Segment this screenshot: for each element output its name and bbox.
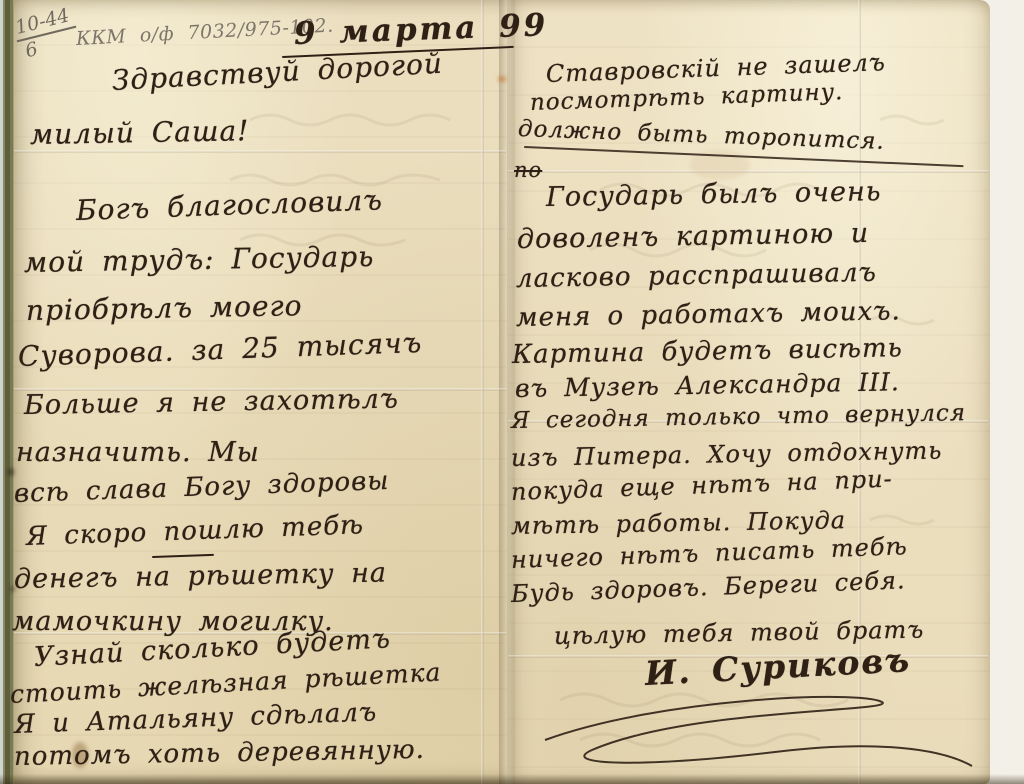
handwritten-line: ласково расспрашивалъ xyxy=(516,258,877,294)
handwritten-line: доволенъ картиною и xyxy=(517,218,870,255)
handwritten-line: денегъ на рѣшетку на xyxy=(14,557,388,595)
signature-flourish xyxy=(530,690,980,780)
handwritten-line: Государь былъ очень xyxy=(546,176,882,213)
handwritten-line: милый Саша! xyxy=(30,114,250,151)
stain xyxy=(498,76,506,82)
fold-crease xyxy=(14,150,506,153)
book-spine-edge xyxy=(0,0,14,784)
handwritten-line: назначить. Мы xyxy=(16,437,260,468)
fold-crease xyxy=(481,0,484,784)
handwritten-line: пріобрѣлъ моего xyxy=(26,289,303,327)
letter-scan: 10-44 6 ККМ о/ф 7032/975-102. 9 марта 99… xyxy=(0,0,1024,784)
center-fold-crease xyxy=(499,0,515,784)
fold-crease xyxy=(508,170,988,173)
scan-bottom-shadow xyxy=(0,774,1024,784)
stain xyxy=(8,468,14,476)
handwritten-line: мой трудъ: Государь xyxy=(24,240,375,279)
handwritten-line: мѣтѣ работы. Покуда xyxy=(511,506,847,540)
handwritten-line: Больше я не захотѣлъ xyxy=(24,383,399,421)
strikeout-word: по xyxy=(514,158,542,182)
